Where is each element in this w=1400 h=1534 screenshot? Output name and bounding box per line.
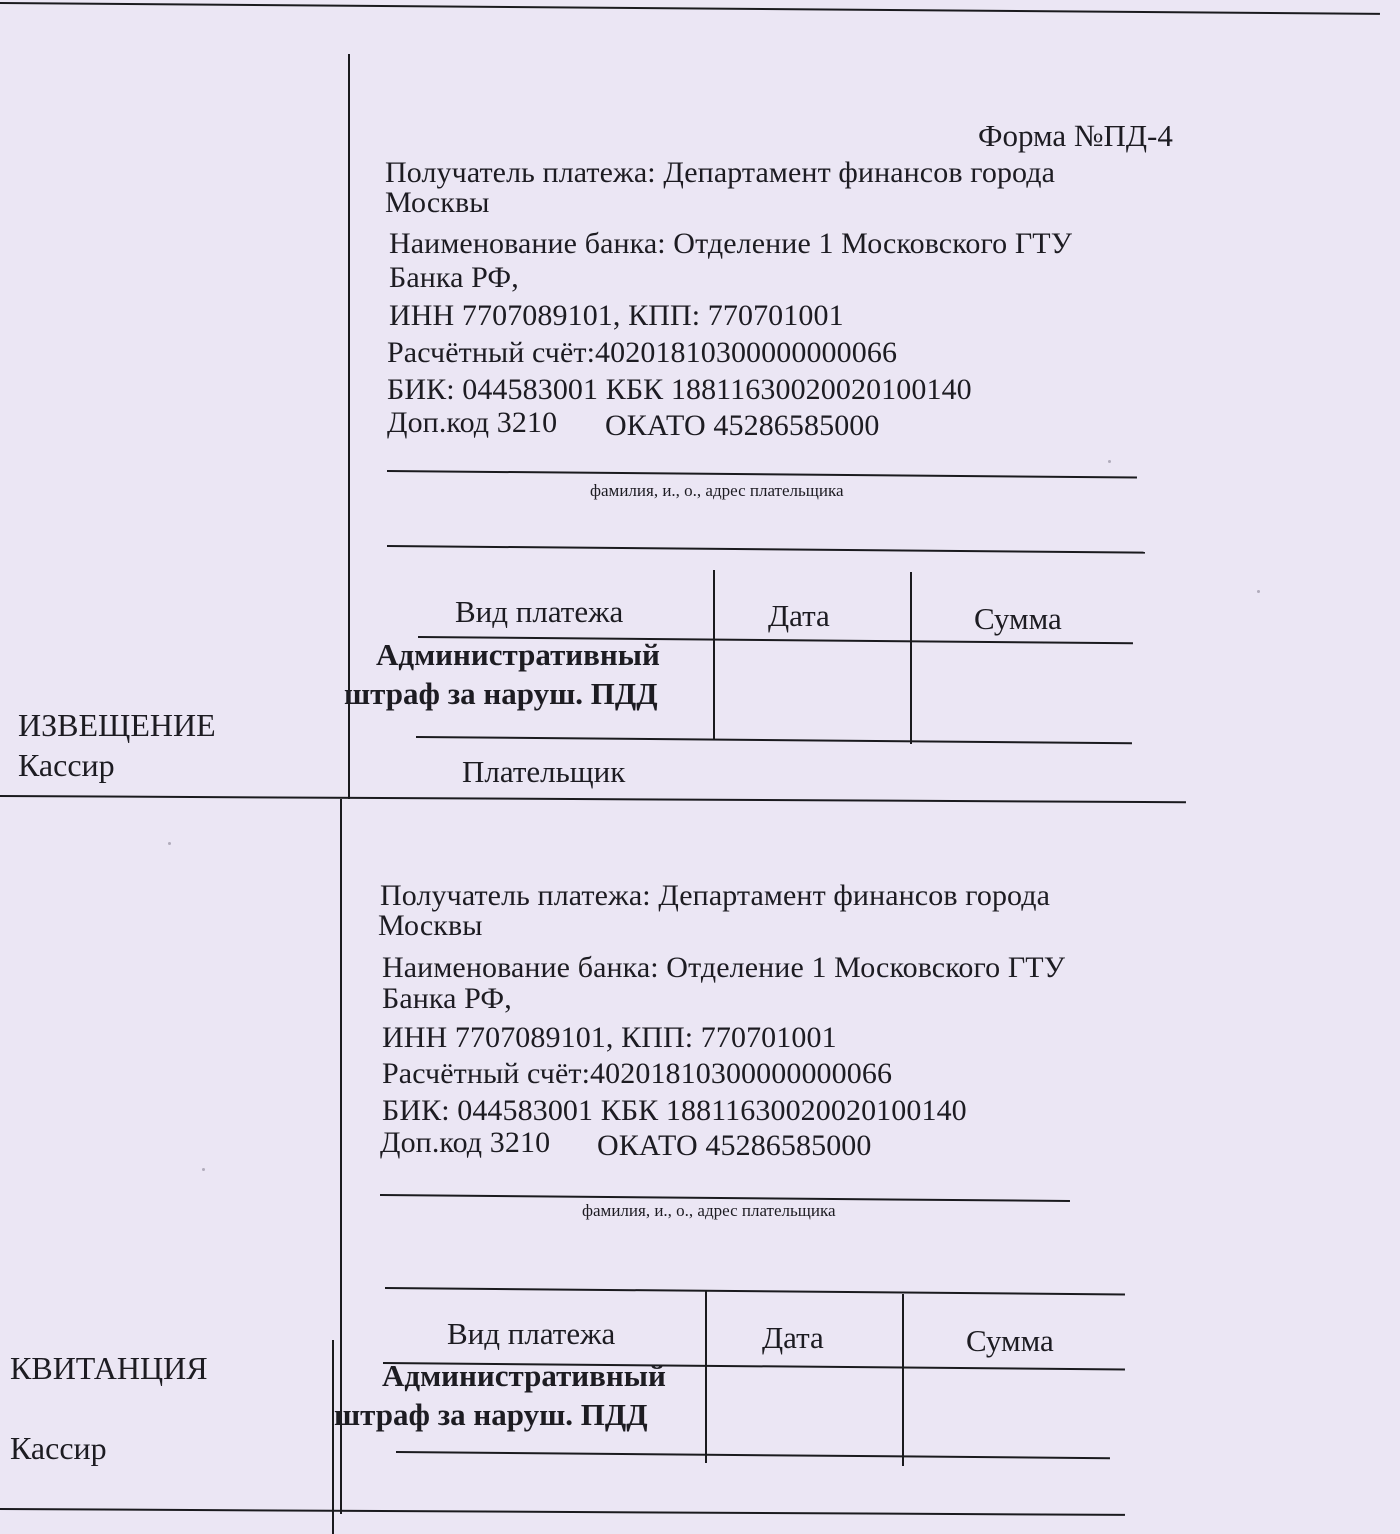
bank-name-line-2: Банка РФ, [382, 981, 512, 1017]
date-cell[interactable] [712, 1375, 897, 1445]
table-header-amount: Сумма [966, 1323, 1054, 1359]
payment-type-line-1: Административный [382, 1358, 666, 1394]
bottom-border-line [0, 1508, 1125, 1516]
payment-type-line-2: штраф за наруш. ПДД [334, 1397, 648, 1433]
payment-type-line-1: Административный [376, 637, 660, 673]
bank-name-line-2: Банка РФ, [389, 260, 519, 296]
table-top-line [385, 1287, 1125, 1295]
table-bottom-line [396, 1451, 1110, 1459]
date-cell[interactable] [720, 660, 905, 730]
payment-type-line-2: штраф за наруш. ПДД [344, 676, 658, 712]
dop-kod: Доп.код 3210 [387, 405, 557, 441]
payer-name-field-line[interactable] [387, 470, 1137, 479]
bik-kbk: БИК: 044583001 КБК 18811630020020100140 [387, 372, 972, 408]
okato: ОКАТО 45286585000 [605, 408, 880, 444]
receipt-divider-vertical-bottom [332, 1340, 334, 1534]
inn-kpp: ИНН 7707089101, КПП: 770701001 [389, 298, 844, 334]
table-header-payment-type: Вид платежа [455, 594, 623, 630]
table-header-payment-type: Вид платежа [447, 1316, 615, 1352]
scan-speck [1257, 590, 1260, 593]
amount-cell[interactable] [909, 1378, 1109, 1448]
recipient-line-2: Москвы [385, 185, 490, 221]
settlement-account: Расчётный счёт:40201810300000000066 [382, 1056, 892, 1092]
inn-kpp: ИНН 7707089101, КПП: 770701001 [382, 1020, 837, 1056]
payer-name-caption: фамилия, и., о., адрес плательщика [590, 481, 844, 501]
form-number: Форма №ПД-4 [978, 118, 1173, 154]
scan-speck [1108, 460, 1111, 463]
table-col-divider-2 [902, 1294, 904, 1466]
settlement-account: Расчётный счёт:40201810300000000066 [387, 335, 897, 371]
scan-speck [202, 1168, 205, 1171]
table-header-date: Дата [762, 1320, 824, 1356]
payer-signature-label: Плательщик [462, 754, 625, 790]
receipt-cashier-label: Кассир [10, 1430, 107, 1467]
table-header-date: Дата [768, 598, 830, 634]
table-bottom-line [416, 736, 1132, 744]
top-border-line [0, 2, 1380, 15]
scan-speck [168, 842, 171, 845]
payer-name-caption: фамилия, и., о., адрес плательщика [582, 1201, 836, 1221]
notice-cashier-label: Кассир [18, 747, 115, 784]
dop-kod: Доп.код 3210 [380, 1125, 550, 1161]
table-col-divider-2 [910, 572, 912, 744]
okato: ОКАТО 45286585000 [597, 1128, 872, 1164]
bank-name-line-1: Наименование банка: Отделение 1 Московск… [389, 226, 1072, 262]
bik-kbk: БИК: 044583001 КБК 18811630020020100140 [382, 1093, 967, 1129]
amount-cell[interactable] [917, 660, 1127, 730]
table-header-amount: Сумма [974, 601, 1062, 637]
table-col-divider-1 [713, 570, 715, 740]
table-col-divider-1 [705, 1291, 707, 1463]
notice-title: ИЗВЕЩЕНИЕ [18, 707, 216, 744]
receipt-title: КВИТАНЦИЯ [10, 1350, 208, 1387]
section-separator-line [0, 795, 1186, 803]
recipient-line-2: Москвы [378, 908, 483, 944]
payer-address-field-line[interactable] [387, 545, 1145, 554]
